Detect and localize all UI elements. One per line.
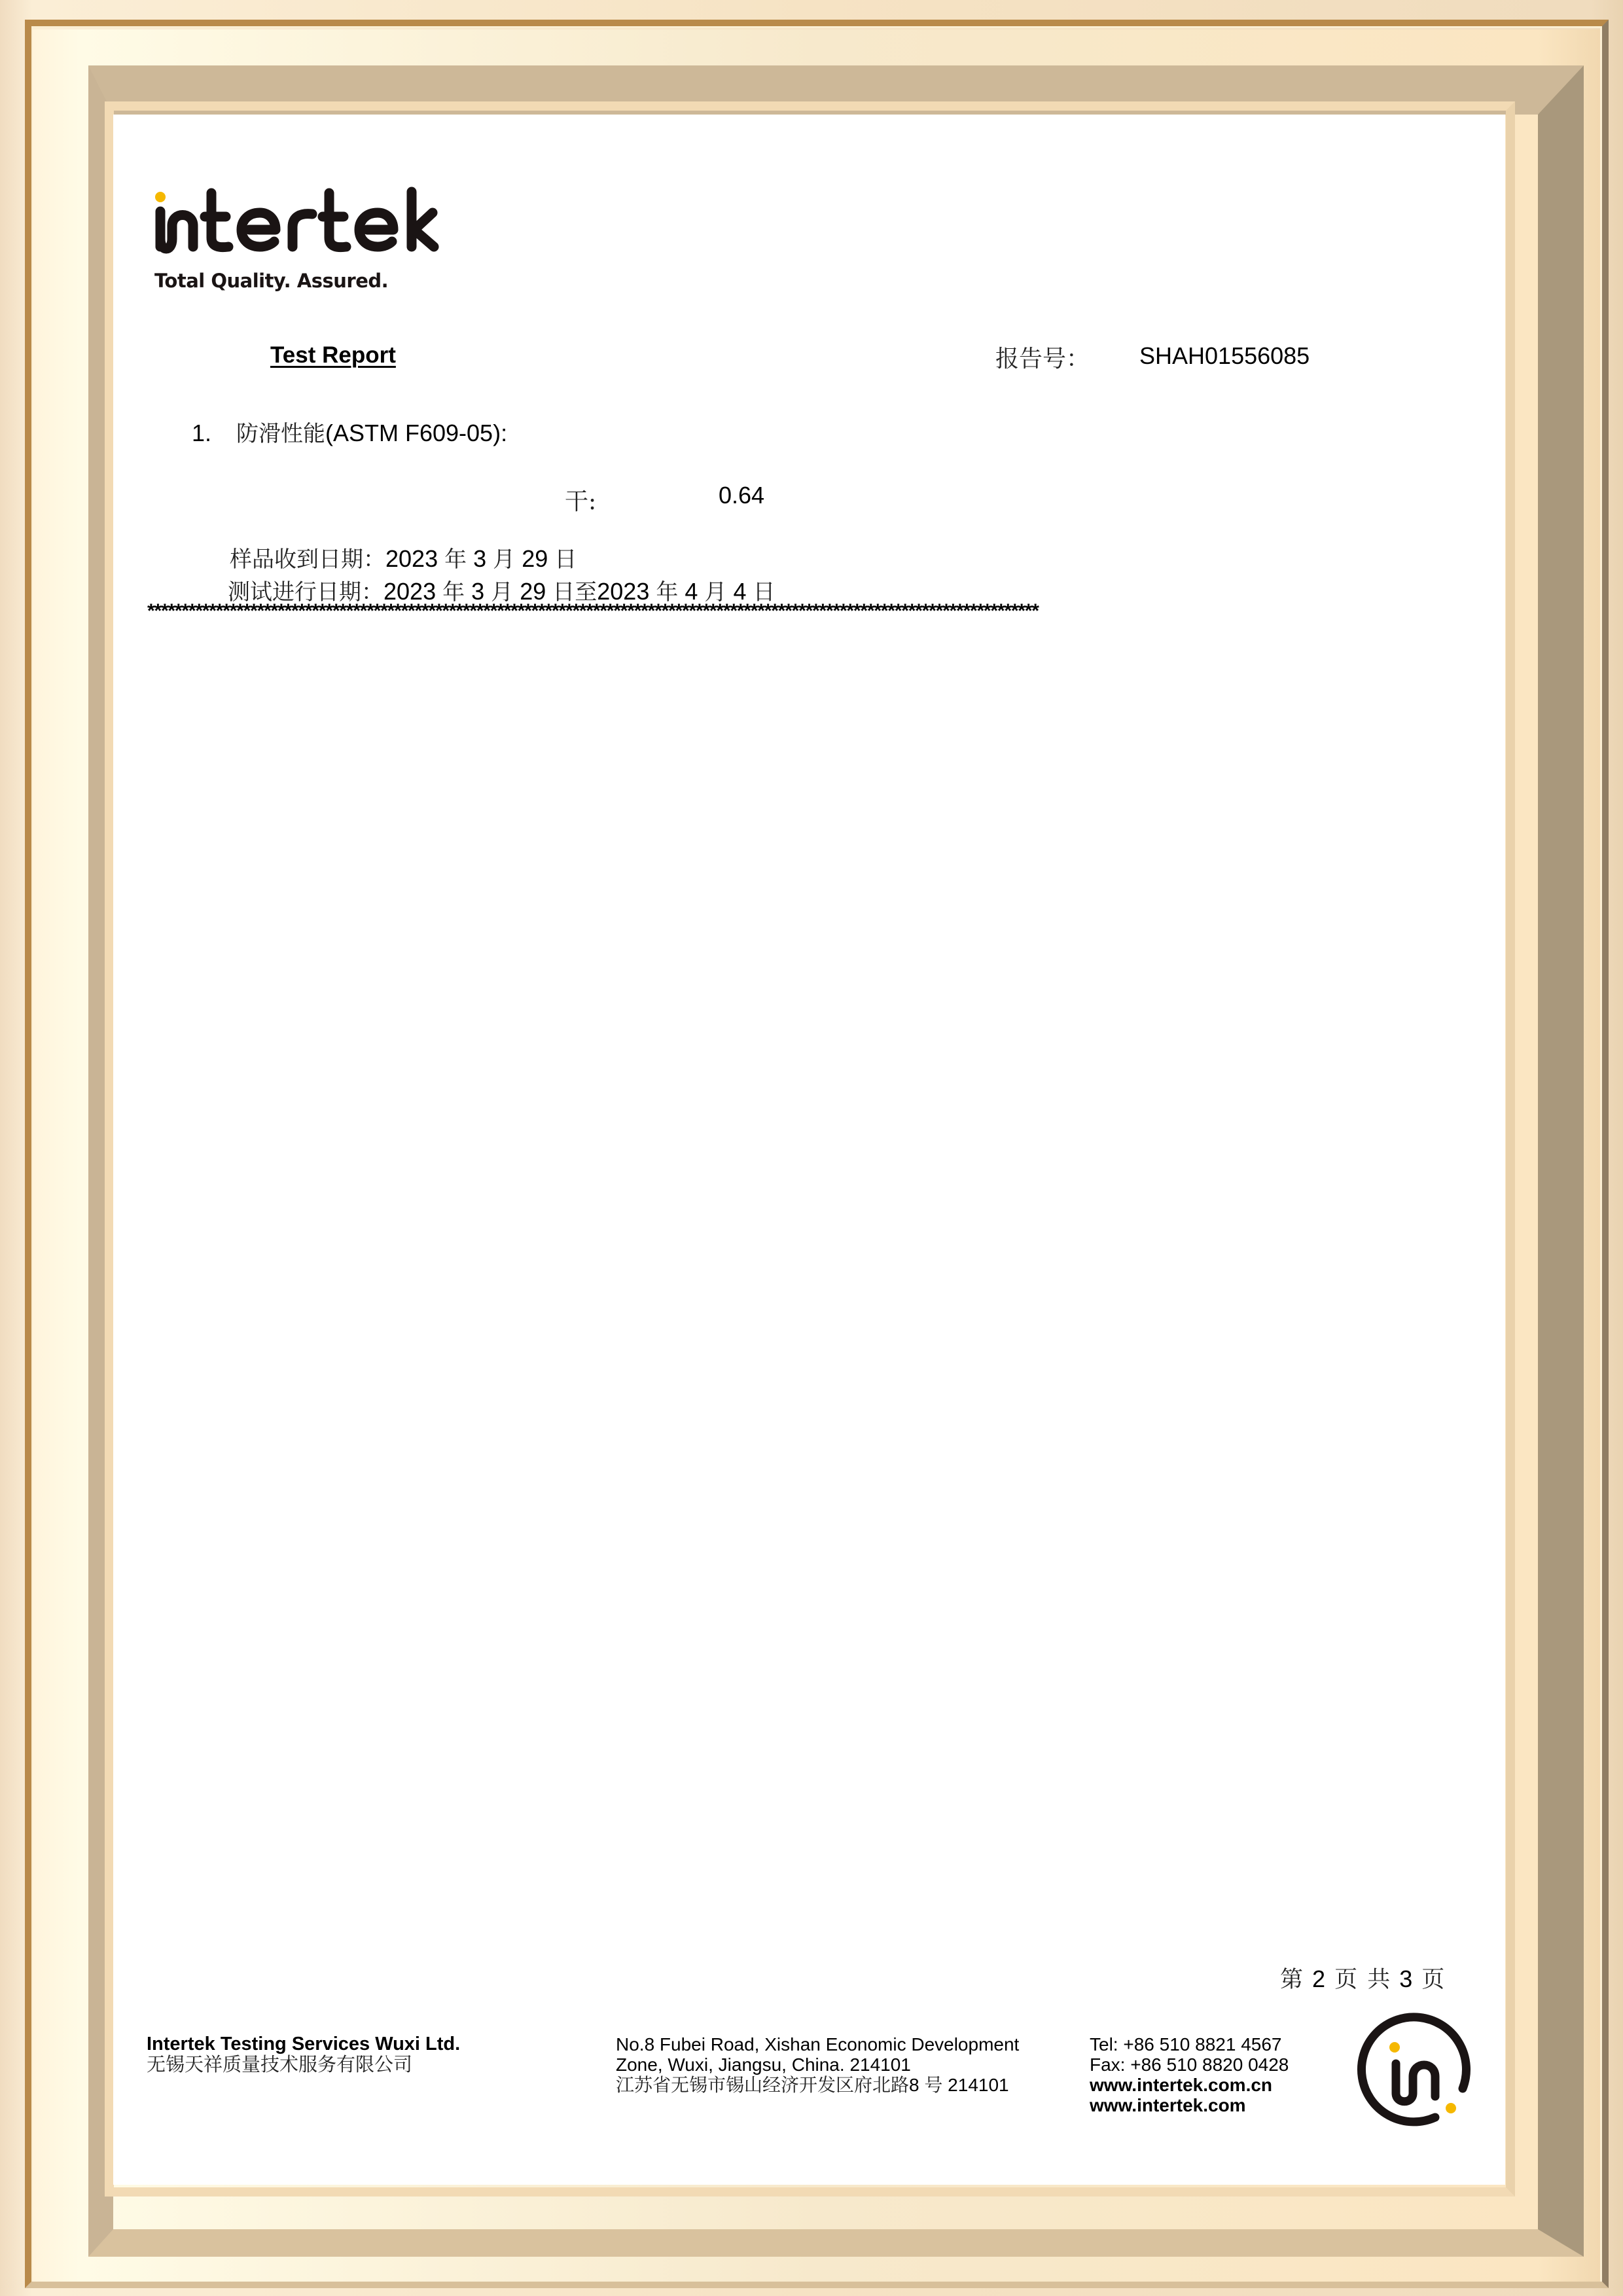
section-title-zh: 防滑性能 <box>236 421 325 447</box>
year-char: 年 <box>444 547 467 573</box>
company-name-zh: 无锡天祥质量技术服务有限公司 <box>147 2054 460 2075</box>
result-label-dry: 干: <box>565 483 596 516</box>
month-char: 月 <box>493 547 515 573</box>
address-zh-number: 8 <box>909 2075 919 2095</box>
address-line-1: No.8 Fubei Road, Xishan Economic Develop… <box>616 2034 1019 2054</box>
footer-contact: Tel: +86 510 8821 4567 Fax: +86 510 8820… <box>1090 2034 1289 2115</box>
page-middle: 页 共 <box>1334 1967 1390 1993</box>
address-line-2: Zone, Wuxi, Jiangsu, China. 214101 <box>616 2054 1019 2075</box>
page-number: 第 2 页 共 3 页 <box>1280 1962 1444 1994</box>
received-label: 样品收到日期： <box>230 547 385 573</box>
page-prefix: 第 <box>1280 1967 1303 1993</box>
result-value-dry: 0.64 <box>719 482 764 509</box>
report-title: Test Report <box>270 342 396 368</box>
day-char: 日 <box>554 547 577 573</box>
current-page: 2 <box>1312 1965 1325 1992</box>
address-zh-zip: 214101 <box>948 2075 1008 2095</box>
received-day: 29 <box>522 545 548 572</box>
logo-dot <box>155 192 166 202</box>
telephone: Tel: +86 510 8821 4567 <box>1090 2034 1289 2054</box>
section-heading: 1.防滑性能(ASTM F609-05): <box>192 416 507 448</box>
intertek-wordmark-icon <box>152 187 440 259</box>
logo-tagline: Total Quality. Assured. <box>154 270 388 292</box>
received-month: 3 <box>473 545 486 572</box>
report-number-label: 报告号： <box>995 340 1090 374</box>
sample-received-date: 样品收到日期：2023 年 3 月 29 日 <box>230 541 577 573</box>
total-pages: 3 <box>1399 1965 1412 1992</box>
address-zh-hao: 号 <box>924 2074 942 2096</box>
section-title-standard: (ASTM F609-05): <box>325 420 507 446</box>
intertek-logo <box>152 187 440 259</box>
received-year: 2023 <box>385 545 438 572</box>
report-page: Total Quality. Assured. Test Report 报告号：… <box>113 115 1505 2185</box>
address-zh: 江苏省无锡市锡山经济开发区府北路8 号 214101 <box>616 2075 1019 2095</box>
address-zh-text: 江苏省无锡市锡山经济开发区府北路 <box>616 2074 909 2096</box>
website-cn-link[interactable]: www.intertek.com.cn <box>1090 2075 1289 2095</box>
fax: Fax: +86 510 8820 0428 <box>1090 2054 1289 2075</box>
end-of-report-separator: ****************************************… <box>147 601 1039 621</box>
report-number: SHAH01556085 <box>1139 342 1310 370</box>
footer-address: No.8 Fubei Road, Xishan Economic Develop… <box>616 2034 1019 2095</box>
company-name-en: Intertek Testing Services Wuxi Ltd. <box>147 2034 460 2054</box>
website-link[interactable]: www.intertek.com <box>1090 2095 1289 2115</box>
page-suffix: 页 <box>1421 1967 1444 1993</box>
footer-company: Intertek Testing Services Wuxi Ltd. 无锡天祥… <box>147 2034 460 2075</box>
section-number: 1. <box>192 420 236 447</box>
intertek-in-circle-icon <box>1350 2005 1481 2136</box>
intertek-badge <box>1350 2005 1481 2139</box>
